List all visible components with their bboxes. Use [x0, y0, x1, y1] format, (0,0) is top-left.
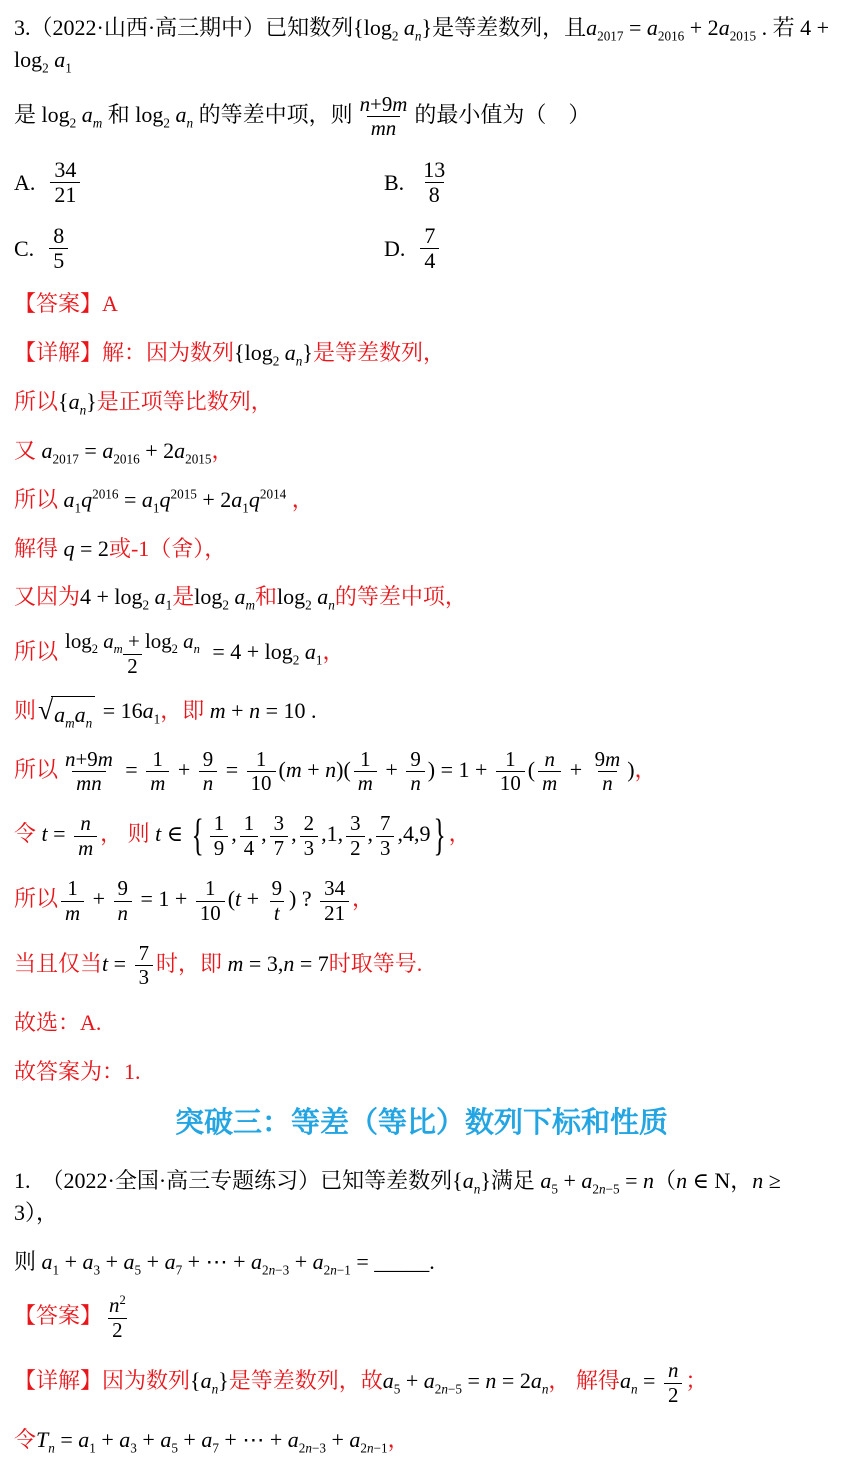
- subscript: 2: [222, 598, 229, 613]
- text-run: n: [602, 771, 612, 795]
- text-run: }: [218, 1368, 229, 1393]
- text-run: q: [249, 487, 260, 512]
- text-run: a: [76, 102, 93, 127]
- problem3-answer-line-1: 【答案】A: [14, 288, 829, 320]
- fraction-numerator: 9: [406, 748, 424, 771]
- text-run: +: [380, 756, 403, 781]
- text-run: ， 解得: [548, 1368, 620, 1393]
- text-run: a: [75, 702, 86, 727]
- fraction-denominator: 3: [135, 965, 153, 989]
- fraction-numerator: 1: [252, 748, 270, 771]
- fraction-denominator: n: [199, 771, 217, 795]
- subscript: 2017: [53, 451, 79, 466]
- text-run: 故选：A.: [14, 1010, 101, 1035]
- section3-heading: 突破三：等差（等比）数列下标和性质: [14, 1105, 829, 1141]
- fraction-numerator: 1: [356, 748, 374, 771]
- fraction: 73: [135, 942, 153, 990]
- text-run: 9: [595, 747, 605, 771]
- text-run: +: [87, 886, 110, 911]
- text-run: = 4 + log: [207, 639, 293, 664]
- text-run: a: [143, 698, 154, 723]
- subscript: 1: [65, 60, 72, 75]
- text-run: n: [360, 92, 370, 116]
- fraction-numerator: n+9m: [61, 748, 117, 771]
- fraction-numerator: 1: [501, 748, 519, 771]
- subscript: 2: [42, 60, 49, 75]
- text-run: =: [623, 15, 646, 40]
- text-run: 又: [14, 438, 42, 463]
- fraction-numerator: 7: [376, 812, 394, 835]
- problem1-answer-line-1: 【答案】n22: [14, 1294, 829, 1342]
- text-run: 【详解】因为数列: [14, 1368, 190, 1393]
- option-B: B.138: [384, 158, 754, 208]
- fraction: 3421: [50, 158, 80, 208]
- text-run: +: [100, 1249, 123, 1274]
- text-run: n: [118, 901, 128, 925]
- text-run: 4 + log: [80, 584, 143, 609]
- text-run: = 16: [97, 698, 142, 723]
- text-run: a: [299, 639, 316, 664]
- fraction-numerator: 1: [201, 877, 219, 900]
- text-run: 【详解】解：因为数列: [14, 340, 234, 365]
- fraction: n22: [105, 1294, 130, 1342]
- fraction-numerator: 3: [346, 812, 364, 835]
- text-run: −5: [606, 1181, 620, 1196]
- fraction: 73: [376, 812, 394, 860]
- option-D: D.74: [384, 224, 754, 274]
- text-run: 或-1（舍），: [109, 536, 226, 561]
- problem3-statement-line-1: 3.（2022·山西·高三期中）已知数列{log2 an}是等差数列，且a201…: [14, 12, 829, 76]
- text-run: 当且仅当: [14, 951, 102, 976]
- option-A: A.3421: [14, 158, 384, 208]
- fraction: 9n: [406, 748, 424, 796]
- subscript: 3: [130, 1441, 137, 1456]
- text-run: n: [544, 747, 554, 771]
- text-run: n: [485, 1368, 496, 1393]
- text-run: q: [81, 487, 92, 512]
- text-run: 时取等号.: [329, 951, 423, 976]
- fraction-denominator: n: [406, 771, 424, 795]
- problem3-statement: 3.（2022·山西·高三期中）已知数列{log2 an}是等差数列，且a201…: [14, 12, 829, 141]
- fraction: 74: [420, 224, 439, 274]
- text-run: 故答案为：1.: [14, 1059, 141, 1084]
- text-run: n: [203, 771, 213, 795]
- text-run: a: [288, 1427, 299, 1452]
- problem3-solution-line-9: 所以n+9mmn = 1m + 9n = 110(m + n)(1m + 9n)…: [14, 748, 829, 796]
- text-run: }: [86, 389, 97, 414]
- text-run: n: [305, 1441, 312, 1456]
- fraction: 110: [196, 877, 225, 925]
- text-run: +: [141, 1249, 164, 1274]
- fraction-denominator: m: [146, 771, 169, 795]
- problem3-options: A.3421B.138C.85D.74: [14, 158, 754, 275]
- subscript: 2015: [730, 28, 756, 43]
- problem1-answer: 【答案】n22: [14, 1294, 829, 1342]
- subscript: n: [48, 1441, 55, 1456]
- text-run: m: [228, 951, 244, 976]
- subscript: 2016: [658, 28, 684, 43]
- fraction-denominator: 2: [346, 836, 364, 860]
- text-run: = 2: [496, 1368, 530, 1393]
- option-label: B.: [384, 170, 404, 196]
- fraction-denominator: 4: [420, 248, 439, 274]
- text-run: + 2: [197, 487, 231, 512]
- text-run: a: [83, 1249, 94, 1274]
- text-run: n: [80, 811, 90, 835]
- text-run: a: [98, 629, 114, 653]
- text-run: = 7: [294, 951, 328, 976]
- fraction-numerator: 7: [420, 224, 439, 249]
- text-run: +: [400, 1368, 423, 1393]
- fraction: 9n: [199, 748, 217, 796]
- text-run: }: [302, 340, 313, 365]
- text-run: ，: [388, 1427, 410, 1452]
- fraction-denominator: mn: [72, 771, 106, 795]
- fraction-denominator: 10: [196, 901, 225, 925]
- fraction: n2: [664, 1359, 682, 1407]
- fraction-denominator: 5: [49, 248, 68, 274]
- problem3-solution-line-2: 所以{an}是正项等比数列，: [14, 386, 829, 418]
- text-run: a: [231, 487, 242, 512]
- text-run: ∈: [161, 821, 188, 846]
- problem3-answer: 【答案】A: [14, 288, 829, 320]
- text-run: n: [599, 1181, 606, 1196]
- text-run: a: [349, 1427, 360, 1452]
- fraction-numerator: 1: [63, 877, 81, 900]
- subscript: n: [415, 28, 422, 43]
- fraction-numerator: 7: [135, 942, 153, 965]
- text-run: m: [78, 836, 93, 860]
- text-run: −3: [275, 1262, 289, 1277]
- fraction: log2 am + log2 an2: [61, 630, 204, 678]
- text-run: }: [422, 15, 433, 40]
- fraction-denominator: 21: [50, 182, 80, 208]
- text-run: + ⋯ +: [182, 1249, 251, 1274]
- subscript: 2: [305, 598, 312, 613]
- text-run: ): [627, 756, 634, 781]
- subscript: 1: [89, 1441, 96, 1456]
- text-run: n: [643, 1168, 654, 1193]
- text-run: ， 则: [100, 821, 155, 846]
- text-run: 【答案】A: [14, 291, 118, 316]
- subscript: 2n−5: [592, 1181, 619, 1196]
- square-root: √aman: [38, 696, 95, 731]
- fraction-numerator: 1: [149, 748, 167, 771]
- subscript: m: [93, 115, 103, 130]
- text-run: a: [251, 1249, 262, 1274]
- text-run: n: [367, 1441, 374, 1456]
- fraction-numerator: log2 am + log2 an: [61, 630, 204, 653]
- text-run: 则: [14, 698, 36, 723]
- subscript: m: [245, 598, 255, 613]
- fraction: 14: [240, 812, 258, 860]
- problem3-solution-line-10: 令 t = nm， 则 t ∈ {19,14,37,23,1,32,73,4,9…: [14, 812, 829, 860]
- fraction-denominator: 4: [240, 836, 258, 860]
- document-body: 3.（2022·山西·高三期中）已知数列{log2 an}是等差数列，且a201…: [14, 12, 829, 1456]
- fraction: 1m: [354, 748, 377, 796]
- fraction: 1m: [61, 877, 84, 925]
- text-run: = _____.: [351, 1249, 435, 1274]
- text-run: + 2: [684, 15, 718, 40]
- text-run: a: [383, 1368, 394, 1393]
- text-run: a: [49, 47, 66, 72]
- problem3-solution-line-7: 所以log2 am + log2 an2 = 4 + log2 a1，: [14, 630, 829, 678]
- subscript: m: [114, 643, 123, 657]
- subscript: 2n−1: [324, 1262, 351, 1277]
- text-run: ) = 1 +: [428, 756, 493, 781]
- fraction-denominator: t: [270, 901, 284, 925]
- text-run: {: [452, 1168, 463, 1193]
- text-run: 则: [14, 1249, 42, 1274]
- text-run: 所以: [14, 756, 58, 781]
- subscript: 7: [212, 1441, 219, 1456]
- text-run: t: [274, 901, 280, 925]
- text-run: =: [108, 951, 131, 976]
- text-run: ,: [261, 821, 267, 846]
- text-run: ,1,: [321, 821, 343, 846]
- fraction-denominator: m: [61, 901, 84, 925]
- text-run: a: [102, 438, 113, 463]
- text-run: 3.（2022·山西·高三期中）已知数列: [14, 15, 353, 40]
- problem3-solution-line-8: 则√aman = 16a1，即 m + n = 10 .: [14, 695, 829, 730]
- text-run: 满足: [491, 1168, 541, 1193]
- text-run: ，: [322, 639, 344, 664]
- subscript: 5: [171, 1441, 178, 1456]
- text-run: ，: [286, 487, 314, 512]
- text-run: (: [528, 756, 535, 781]
- text-run: −1: [337, 1262, 351, 1277]
- fraction: n+9mmn: [61, 748, 117, 796]
- subscript: 2n−3: [299, 1441, 326, 1456]
- fraction: 32: [346, 812, 364, 860]
- problem3-solution-line-1: 【详解】解：因为数列{log2 an}是等差数列，: [14, 337, 829, 369]
- text-run: a: [647, 15, 658, 40]
- fraction: nm: [538, 748, 561, 796]
- text-run: n: [109, 1293, 119, 1317]
- fraction-numerator: 9: [114, 877, 132, 900]
- problem3-solution-line-5: 解得 q = 2或-1（舍），: [14, 533, 829, 565]
- text-run: +: [241, 886, 264, 911]
- text-run: m: [65, 901, 80, 925]
- fraction-denominator: 2: [123, 654, 141, 678]
- text-run: n: [330, 1262, 337, 1277]
- option-label: A.: [14, 170, 35, 196]
- text-run: a: [586, 15, 597, 40]
- text-run: ,: [368, 821, 374, 846]
- text-run: +: [302, 756, 325, 781]
- text-run: = 1 +: [135, 886, 193, 911]
- fraction-denominator: 2: [664, 1383, 682, 1407]
- text-run: =: [620, 1168, 643, 1193]
- problem3-statement-line-2: 是 log2 am 和 log2 an 的等差中项，则n+9mmn的最小值为（ …: [14, 93, 829, 141]
- text-run: ，: [449, 821, 471, 846]
- fraction: n+9mmn: [356, 93, 412, 141]
- fraction: 23: [300, 812, 318, 860]
- subscript: n: [631, 1382, 638, 1397]
- text-run: a: [174, 438, 185, 463]
- problem1-solution-line-2: 令Tn = a1 + a3 + a5 + a7 + ⋯ + a2n−3 + a2…: [14, 1424, 829, 1456]
- text-run: +9: [370, 92, 392, 116]
- superscript: 2014: [260, 486, 286, 501]
- fraction-numerator: 8: [49, 224, 68, 249]
- text-run: a: [42, 1249, 53, 1274]
- fraction-numerator: 9: [199, 748, 217, 771]
- subscript: n: [194, 643, 200, 657]
- text-run: a: [312, 584, 329, 609]
- subscript: 1: [153, 500, 160, 515]
- text-run: 2: [262, 1262, 269, 1277]
- text-run: ，: [211, 438, 233, 463]
- text-run: {: [192, 804, 204, 868]
- problem3-solution-line-11: 所以1m + 9n = 1 + 110(t + 9t) ? 3421，: [14, 877, 829, 925]
- text-run: 是 log: [14, 102, 70, 127]
- text-run: 2: [360, 1441, 367, 1456]
- fraction-denominator: mn: [367, 116, 401, 140]
- fraction: 3421: [320, 877, 349, 925]
- text-run: 是等差数列，: [313, 340, 445, 365]
- text-run: ，: [635, 756, 657, 781]
- text-run: n: [249, 698, 260, 723]
- text-run: 的等差中项，则: [193, 102, 353, 127]
- text-run: 所以: [14, 639, 58, 664]
- fraction-numerator: 3: [270, 812, 288, 835]
- text-run: 【答案】: [14, 1303, 102, 1328]
- text-run: a: [201, 1427, 212, 1452]
- text-run: a: [119, 1427, 130, 1452]
- fraction-denominator: m: [538, 771, 561, 795]
- fraction: 9t: [268, 877, 286, 925]
- problem3-solution-line-6: 又因为4 + log2 a1是log2 am和log2 an的等差中项，: [14, 581, 829, 613]
- subscript: n: [328, 598, 335, 613]
- text-run: (: [279, 756, 286, 781]
- problem1-solution-line-1: 【详解】因为数列{an}是等差数列，故a5 + a2n−5 = n = 2an，…: [14, 1359, 829, 1407]
- fraction: 138: [419, 158, 449, 208]
- text-run: )(: [336, 756, 351, 781]
- text-run: +: [226, 698, 249, 723]
- text-run: = 2: [75, 536, 109, 561]
- text-run: m: [210, 698, 226, 723]
- text-run: T: [36, 1427, 48, 1452]
- option-label: C.: [14, 236, 34, 262]
- text-run: n: [325, 756, 336, 781]
- text-run: a: [540, 1168, 551, 1193]
- text-run: log: [194, 584, 222, 609]
- text-run: {log: [353, 15, 392, 40]
- fraction: 110: [247, 748, 276, 796]
- text-run: 解得: [14, 536, 64, 561]
- fraction: 9n: [114, 877, 132, 925]
- problem3-solution-line-13: 故选：A.: [14, 1007, 829, 1039]
- text-run: = 3,: [243, 951, 283, 976]
- text-run: m: [542, 771, 557, 795]
- text-run: a: [178, 629, 194, 653]
- text-run: +: [558, 1168, 581, 1193]
- text-run: + 2: [140, 438, 174, 463]
- problem1-solution: 【详解】因为数列{an}是等差数列，故a5 + a2n−5 = n = 2an，…: [14, 1359, 829, 1456]
- text-run: +: [289, 1249, 312, 1274]
- fraction-denominator: m: [74, 836, 97, 860]
- option-label: D.: [384, 236, 405, 262]
- fraction-denominator: n: [598, 771, 616, 795]
- subscript: 2017: [597, 28, 623, 43]
- fraction-numerator: 9: [268, 877, 286, 900]
- text-run: a: [160, 1427, 171, 1452]
- text-run: 令: [14, 821, 42, 846]
- text-run: +: [564, 756, 587, 781]
- text-run: +9: [75, 747, 97, 771]
- fraction-denominator: 7: [270, 836, 288, 860]
- fraction: 37: [270, 812, 288, 860]
- text-run: 令: [14, 1427, 36, 1452]
- text-run: ；: [685, 1368, 707, 1393]
- text-run: a: [279, 340, 296, 365]
- text-run: ,4,9: [397, 821, 430, 846]
- fraction: 85: [49, 224, 68, 274]
- subscript: 2: [163, 115, 170, 130]
- text-run: ,: [291, 821, 297, 846]
- problem1-statement-line-2: 则 a1 + a3 + a5 + a7 + ⋯ + a2n−3 + a2n−1 …: [14, 1246, 829, 1278]
- text-run: q: [160, 487, 171, 512]
- text-run: + ⋯ +: [219, 1427, 288, 1452]
- text-run: =: [118, 487, 141, 512]
- text-run: =: [220, 756, 243, 781]
- text-run: =: [638, 1368, 661, 1393]
- document-page: 3.（2022·山西·高三期中）已知数列{log2 an}是等差数列，且a201…: [0, 0, 845, 1481]
- text-run: a: [463, 1168, 474, 1193]
- text-run: a: [201, 1368, 212, 1393]
- fraction-numerator: n+9m: [356, 93, 412, 116]
- subscript: 2015: [185, 451, 211, 466]
- text-run: n: [283, 951, 294, 976]
- text-run: a: [124, 1249, 135, 1274]
- text-run: 和: [255, 584, 277, 609]
- problem3-solution-line-3: 又 a2017 = a2016 + 2a2015，: [14, 435, 829, 467]
- fraction: nm: [74, 812, 97, 860]
- text-run: 所以: [14, 389, 58, 414]
- superscript: 2016: [92, 486, 118, 501]
- fraction-numerator: 1: [210, 812, 228, 835]
- superscript: 2015: [171, 486, 197, 501]
- text-run: q: [64, 536, 75, 561]
- text-run: a: [581, 1168, 592, 1193]
- fraction-denominator: 8: [425, 182, 444, 208]
- text-run: =: [55, 1427, 78, 1452]
- text-run: n: [410, 771, 420, 795]
- text-run: +: [178, 1427, 201, 1452]
- text-run: {log: [234, 340, 273, 365]
- text-run: }: [480, 1168, 491, 1193]
- text-run: 是等差数列，故: [229, 1368, 383, 1393]
- text-run: a: [170, 102, 187, 127]
- fraction-denominator: 9: [210, 836, 228, 860]
- text-run: a: [64, 487, 75, 512]
- text-run: a: [424, 1368, 435, 1393]
- text-run: +: [172, 756, 195, 781]
- text-run: a: [531, 1368, 542, 1393]
- text-run: ) ?: [289, 886, 317, 911]
- superscript: 2: [119, 1294, 125, 1308]
- text-run: 所以: [14, 886, 58, 911]
- text-run: m: [358, 771, 373, 795]
- fraction-denominator: 10: [247, 771, 276, 795]
- text-run: a: [149, 584, 166, 609]
- problem3-solution-line-4: 所以 a1q2016 = a1q2015 + 2a1q2014 ，: [14, 484, 829, 516]
- text-run: 1. （2022·全国·高三专题练习）已知等差数列: [14, 1168, 452, 1193]
- problem1-statement: 1. （2022·全国·高三专题练习）已知等差数列{an}满足 a5 + a2n…: [14, 1165, 829, 1278]
- subscript: 2016: [113, 451, 139, 466]
- fraction-denominator: 10: [496, 771, 525, 795]
- fraction-denominator: 2: [108, 1318, 126, 1342]
